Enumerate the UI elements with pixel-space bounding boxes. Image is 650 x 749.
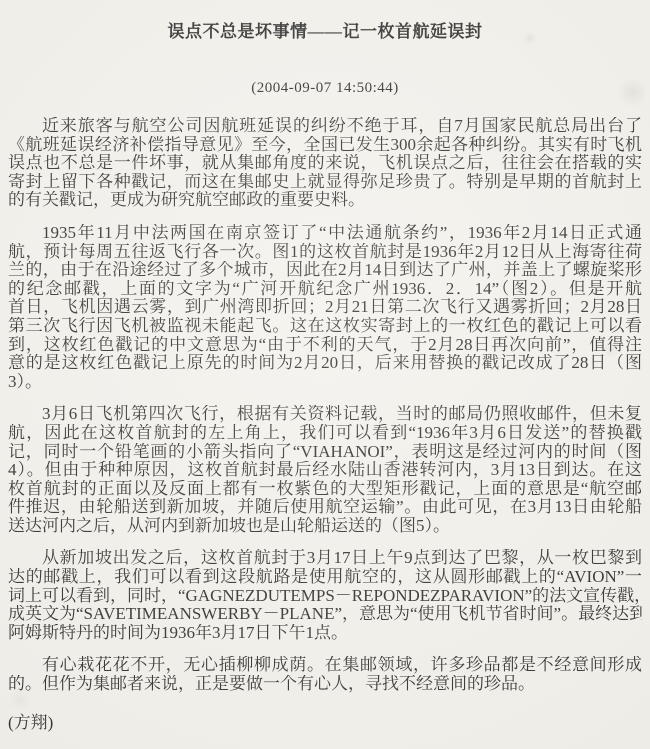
article-body: 近来旅客与航空公司因航班延误的纠纷不绝于耳，自7月国家民航总局出台了《航班延误经… (8, 117, 642, 694)
text-line: 从新加坡出发之后，这枚首航封于3月17日上午9点到达了巴黎，从一枚巴黎到 (8, 549, 642, 568)
paragraph: 有心栽花花不开，无心插柳柳成荫。在集邮领域，许多珍品都是不经意间形成的。但作为集… (8, 656, 642, 693)
text-line: 3月6日飞机第四次飞行，根据有关资料记载，当时的邮局仍照收邮件，但未复 (8, 405, 642, 424)
paragraph: 近来旅客与航空公司因航班延误的纠纷不绝于耳，自7月国家民航总局出台了《航班延误经… (8, 117, 642, 210)
text-line: 1935年11月中法两国在南京签订了“中法通航条约”，1936年2月14日正式通 (8, 224, 642, 243)
text-line: 寄封上留下各种戳记，而这在集邮史上就显得弥足珍贵了。特别是早期的首航封上 (8, 173, 642, 192)
text-line: 航，因此在这枚首航封的左上角上，我们可以看到“1936年3月6日发送”的替换戳 (8, 424, 642, 443)
text-line: 的有关戳记，更成为研究航空邮政的重要史料。 (8, 191, 642, 210)
text-line: 到，这枚红色戳记的中文意思为“由于不利的天气，于2月28日再次向前”，值得注 (8, 336, 642, 355)
text-line: 记，同时一个铅笔画的小箭头指向了“VIAHANOI”，表明这是经过河内的时间（图 (8, 443, 642, 462)
publish-datetime: (2004-09-07 14:50:44) (0, 80, 650, 97)
text-line: 词上可以看到，同时，“GAGNEZDUTEMPS－REPONDEZPARAVIO… (8, 587, 642, 606)
text-line: 送达河内之后，从河内到新加坡也是山轮船运送的（图5）。 (8, 517, 642, 536)
text-line: 近来旅客与航空公司因航班延误的纠纷不绝于耳，自7月国家民航总局出台了 (8, 117, 642, 136)
text-line: 误点也不总是一件坏事，就从集邮角度的来说，飞机误点之后，往往会在搭载的实 (8, 154, 642, 173)
text-line: 第三次飞行因飞机被监视未能起飞。这在这枚实寄封上的一枚红色的戳记上可以看 (8, 317, 642, 336)
text-line: 达的邮戳上，我们可以看到这段航路是使用航空的，这从圆形邮戳上的“AVION”一 (8, 568, 642, 587)
text-line: 的。但作为集邮者来说，正是要做一个有心人，寻找不经意间的珍品。 (8, 675, 642, 694)
text-line: 有心栽花花不开，无心插柳柳成荫。在集邮领域，许多珍品都是不经意间形成 (8, 656, 642, 675)
text-line: 《航班延误经济补偿指导意见》至今，全国已发生300余起各种纠纷。其实有时飞机 (8, 136, 642, 155)
paragraph: 从新加坡出发之后，这枚首航封于3月17日上午9点到达了巴黎，从一枚巴黎到达的邮戳… (8, 549, 642, 642)
text-line: 意的是这枚红色戳记上原先的时间为2月20日，后来用替换的戳记改成了28日（图 (8, 354, 642, 373)
paragraph: 1935年11月中法两国在南京签订了“中法通航条约”，1936年2月14日正式通… (8, 224, 642, 391)
text-line: 成英文为“SAVETIMEANSWERBY－PLANE”，意思为“使用飞机节省时… (8, 605, 642, 624)
article-title: 误点不总是坏事情——记一枚首航延误封 (0, 0, 650, 42)
text-line: 阿姆斯特丹的时间为1936年3月17日下午1点。 (8, 624, 642, 643)
text-line: 兰的，由于在沿途经过了多个城市，因此在2月14日到达了广州，并盖上了螺旋桨形 (8, 261, 642, 280)
paragraph: 3月6日飞机第四次飞行，根据有关资料记载，当时的邮局仍照收邮件，但未复航，因此在… (8, 405, 642, 535)
text-line: 的纪念邮戳，上面的文字为“广河开航纪念广州1936．2．14”（图2）。但是开航 (8, 280, 642, 299)
author-signature: (方翔) (8, 708, 642, 733)
text-line: 枚首航封的正面以及反面上都有一枚紫色的大型矩形戳记，上面的意思是“航空邮 (8, 480, 642, 499)
text-line: 件推迟，由轮船送到新加坡，并随后使用航空运输”。由此可见，在3月13日由轮船 (8, 498, 642, 517)
text-line: 4）。但由于种种原因，这枚首航封最后经水陆山香港转河内，3月13日到达。在这 (8, 461, 642, 480)
scanned-document-page: 误点不总是坏事情——记一枚首航延误封 (2004-09-07 14:50:44)… (0, 0, 650, 749)
text-line: 首日，飞机因遇云雾，到广州湾即折回；2月21日第二次飞行又遇雾折回；2月28日 (8, 298, 642, 317)
text-line: 3）。 (8, 373, 642, 392)
text-line: 航，预计每周五往返飞行各一次。图1的这枚首航封是1936年2月12日从上海寄往荷 (8, 243, 642, 262)
